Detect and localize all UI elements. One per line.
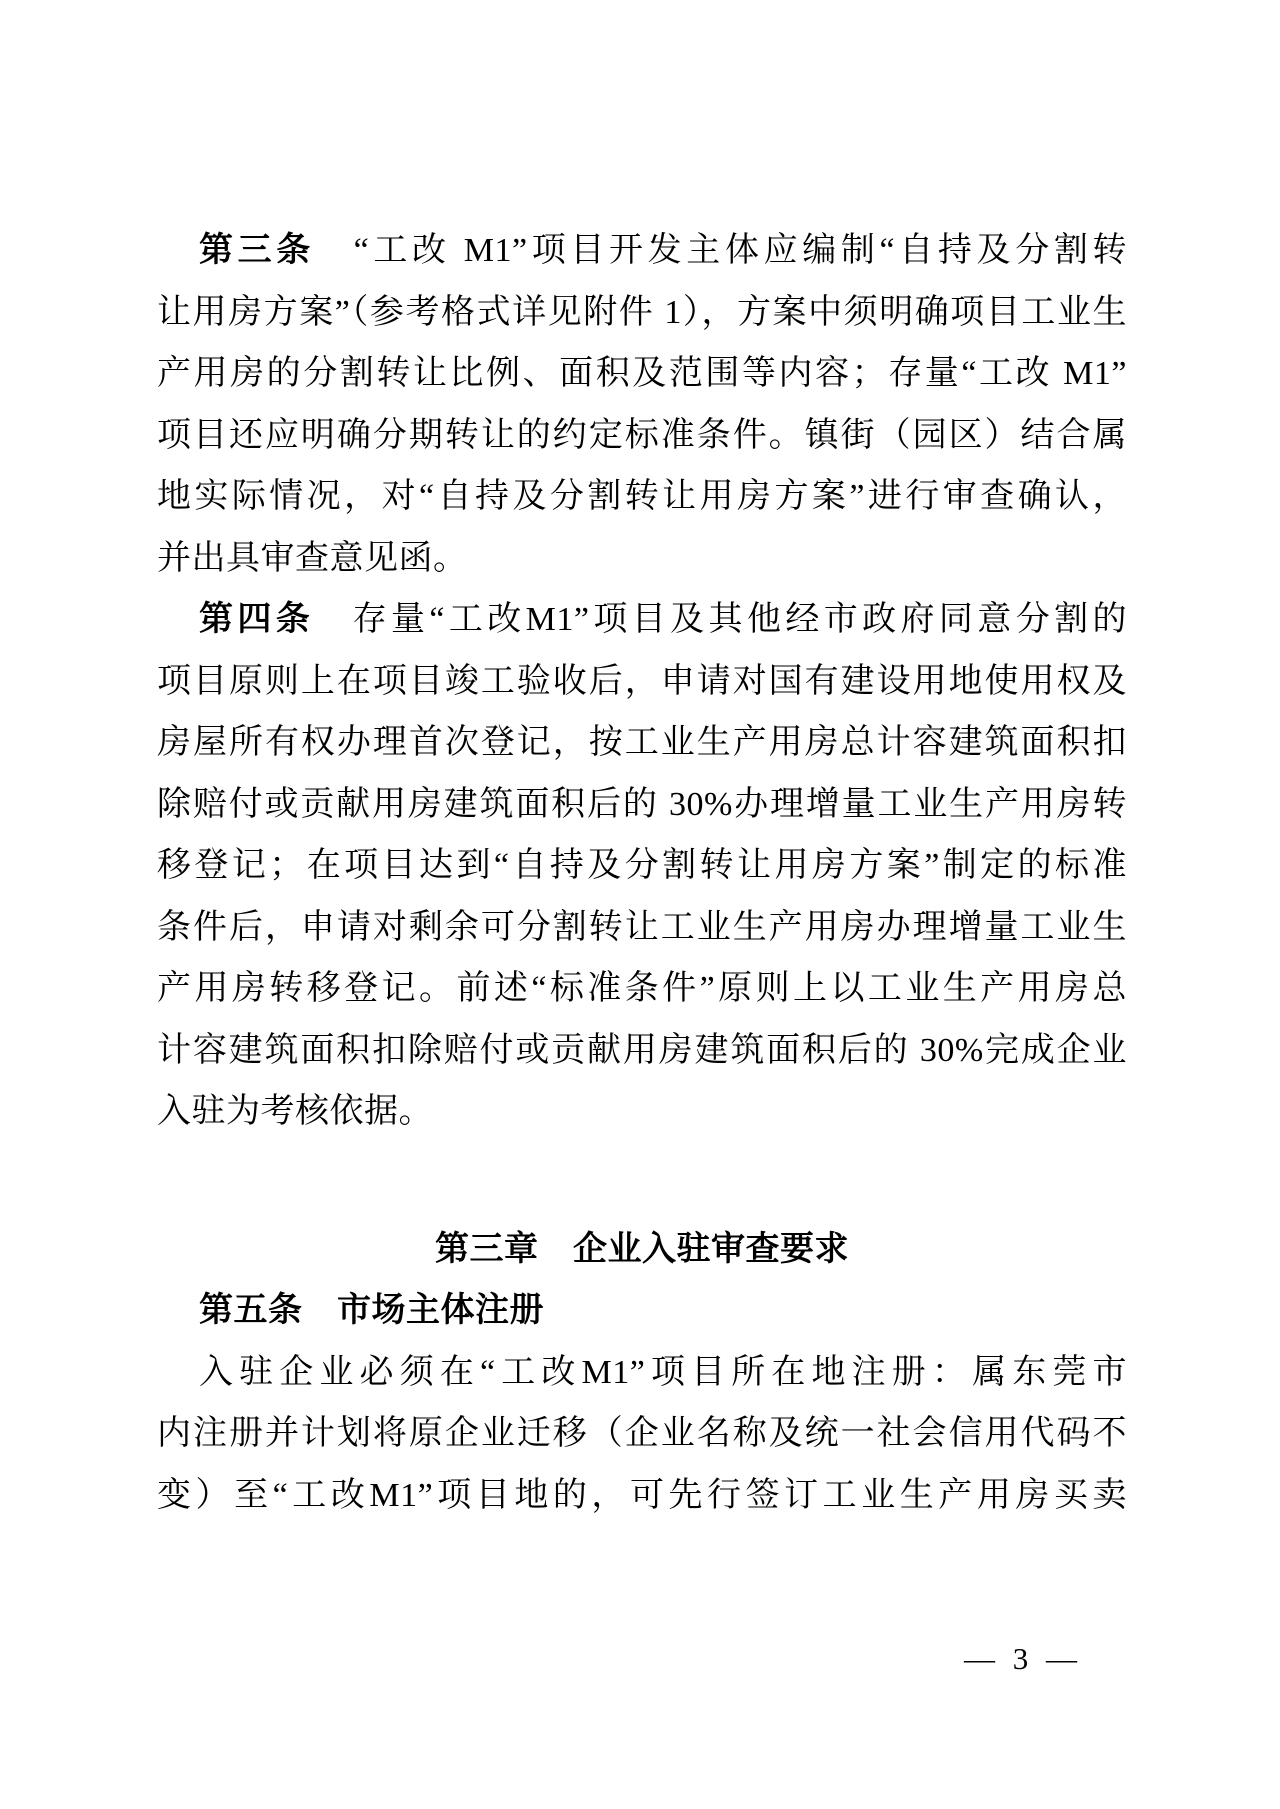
document-body: 第三条 “工改 M1”项目开发主体应编制“自持及分割转 让用房方案”（参考格式详… <box>157 220 1127 1526</box>
text-line: 产用房转移登记。前述“标准条件”原则上以工业生产用房总 <box>157 958 1127 1020</box>
text-line: 产用房的分割转让比例、面积及范围等内容；存量“工改 M1” <box>157 343 1127 405</box>
text-line: 移登记；在项目达到“自持及分割转让用房方案”制定的标准 <box>157 835 1127 897</box>
article-3-number: 第三条 <box>199 232 315 269</box>
document-page: 第三条 “工改 M1”项目开发主体应编制“自持及分割转 让用房方案”（参考格式详… <box>0 0 1280 1809</box>
text-line: 并出具审查意见函。 <box>157 528 1127 590</box>
text-line: 入驻为考核依据。 <box>157 1081 1127 1143</box>
text-line: 除赔付或贡献用房建筑面积后的 30%办理增量工业生产用房转 <box>157 774 1127 836</box>
text-line: 变）至“工改M1”项目地的，可先行签订工业生产用房买卖 <box>157 1465 1127 1527</box>
text-line: 房屋所有权办理首次登记，按工业生产用房总计容建筑面积扣 <box>157 712 1127 774</box>
article-4-number: 第四条 <box>199 601 314 638</box>
text-line: 第三条 “工改 M1”项目开发主体应编制“自持及分割转 <box>157 220 1127 282</box>
text-line: 计容建筑面积扣除赔付或贡献用房建筑面积后的 30%完成企业 <box>157 1020 1127 1082</box>
text-run: 存量“工改M1”项目及其他经市政府同意分割的 <box>314 601 1127 638</box>
text-run: “工改 M1”项目开发主体应编制“自持及分割转 <box>315 232 1127 269</box>
text-line: 地实际情况，对“自持及分割转让用房方案”进行审查确认， <box>157 466 1127 528</box>
page-number: — 3 — <box>964 1641 1082 1677</box>
text-line: 条件后，申请对剩余可分割转让工业生产用房办理增量工业生 <box>157 897 1127 959</box>
text-line: 项目原则上在项目竣工验收后，申请对国有建设用地使用权及 <box>157 651 1127 713</box>
text-line: 让用房方案”（参考格式详见附件 1），方案中须明确项目工业生 <box>157 282 1127 344</box>
text-line: 入驻企业必须在“工改M1”项目所在地注册：属东莞市 <box>157 1342 1127 1404</box>
chapter-heading: 第三章 企业入驻审查要求 <box>157 1219 1127 1281</box>
article-5-heading: 第五条 市场主体注册 <box>157 1280 1127 1342</box>
text-line: 第四条 存量“工改M1”项目及其他经市政府同意分割的 <box>157 589 1127 651</box>
text-line: 内注册并计划将原企业迁移（企业名称及统一社会信用代码不 <box>157 1403 1127 1465</box>
text-line: 项目还应明确分期转让的约定标准条件。镇街（园区）结合属 <box>157 405 1127 467</box>
